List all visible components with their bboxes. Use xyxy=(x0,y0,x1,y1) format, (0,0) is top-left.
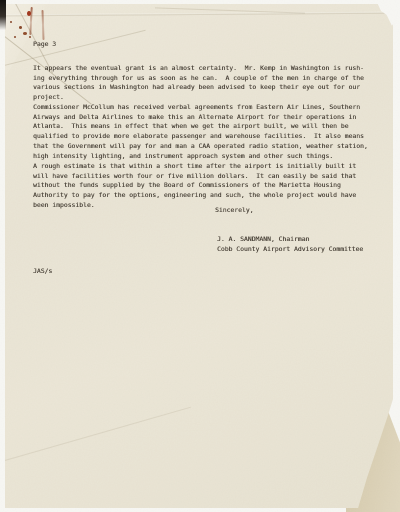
letter-sheet: Page 3 It appears the eventual grant is … xyxy=(5,4,393,508)
fold-crease xyxy=(0,407,191,469)
rust-stain xyxy=(41,10,44,40)
paragraph-3: A rough estimate is that within a short … xyxy=(33,162,375,211)
signature-block: J. A. SANDMANN, Chairman Cobb County Air… xyxy=(217,235,363,254)
fold-crease xyxy=(155,7,305,13)
fold-crease xyxy=(5,12,393,17)
rust-stain xyxy=(29,36,31,38)
scanned-letter-page: Page 3 It appears the eventual grant is … xyxy=(0,0,400,512)
paragraph-1: It appears the eventual grant is an almo… xyxy=(33,64,375,103)
scan-edge-shadow xyxy=(0,0,6,30)
closing-salutation: Sincerely, xyxy=(215,206,253,216)
typist-initials: JAS/s xyxy=(33,267,52,277)
page-number: Page 3 xyxy=(33,40,56,50)
paragraph-2: Commissioner McCollum has received verba… xyxy=(33,103,375,161)
